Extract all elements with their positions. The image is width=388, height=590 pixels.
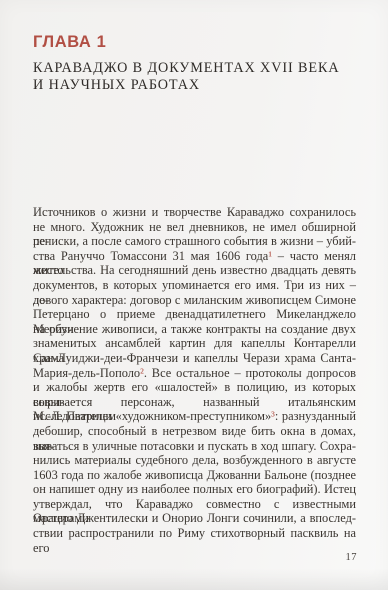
body-line: жительства. На сегодняшний день известно… — [33, 263, 356, 278]
body-line: ствии распространили по Риму стихотворны… — [33, 526, 356, 541]
body-line: и жалобы жертв его «шалостей» в полицию,… — [33, 380, 356, 395]
page-number: 17 — [346, 552, 358, 563]
body-line: М.-Л. Патрици «художником-преступником»³… — [33, 409, 356, 424]
footnote-marker: ³ — [271, 409, 275, 423]
body-line: дебошир, способный в нетрезвом виде бить… — [33, 424, 356, 439]
chapter-label: ГЛАВА 1 — [33, 33, 106, 52]
body-line: совывается персонаж, названный итальянск… — [33, 395, 356, 410]
body-line: лового характера: договор с миланским жи… — [33, 293, 356, 308]
footnote-marker: ¹ — [268, 249, 272, 263]
body-line: документов, в которых упоминается его им… — [33, 278, 356, 293]
body-line: на обучение живописи, а также контракты … — [33, 322, 356, 337]
body-line: Мария-дель-Пополо². Все остальное – прот… — [33, 366, 356, 381]
chapter-title-line-1: КАРАВАДЖО В ДОКУМЕНТАХ XVII ВЕКА — [33, 60, 339, 76]
body-line: Орацио Джентилески и Онорио Лонги сочини… — [33, 511, 356, 526]
body-line: знаменитых ансамблей картин для капеллы … — [33, 336, 356, 351]
footnote-marker: ² — [140, 366, 144, 380]
body-line: Источников о жизни и творчестве Каравадж… — [33, 205, 356, 220]
body-text: Источников о жизни и творчестве Каравадж… — [33, 205, 356, 541]
body-line: он напишет одну из наиболее полных его б… — [33, 482, 356, 497]
body-line: утверждал, что Караваджо совместно с изв… — [33, 497, 356, 512]
chapter-title-line-2: И НАУЧНЫХ РАБОТАХ — [33, 77, 200, 93]
body-line: Сан-Луиджи-деи-Франчези и капеллы Черази… — [33, 351, 356, 366]
book-page: ГЛАВА 1 КАРАВАДЖО В ДОКУМЕНТАХ XVII ВЕКА… — [0, 0, 388, 590]
chapter-title: КАРАВАДЖО В ДОКУМЕНТАХ XVII ВЕКАИ НАУЧНЫ… — [33, 60, 360, 95]
body-line: ства Рануччо Томассони 31 мая 1606 года¹… — [33, 249, 356, 264]
body-line: нились материалы судебного дела, возбужд… — [33, 453, 356, 468]
body-line: 1603 года по жалобе живописца Джованни Б… — [33, 468, 356, 483]
body-line: реписки, а после самого страшного событи… — [33, 234, 356, 249]
body-line: зываться в уличные потасовки и пускать в… — [33, 439, 356, 454]
body-line: Петерцано о приеме двенадцатилетнего Мик… — [33, 307, 356, 322]
body-line: не много. Художник не вел дневников, не … — [33, 220, 356, 235]
